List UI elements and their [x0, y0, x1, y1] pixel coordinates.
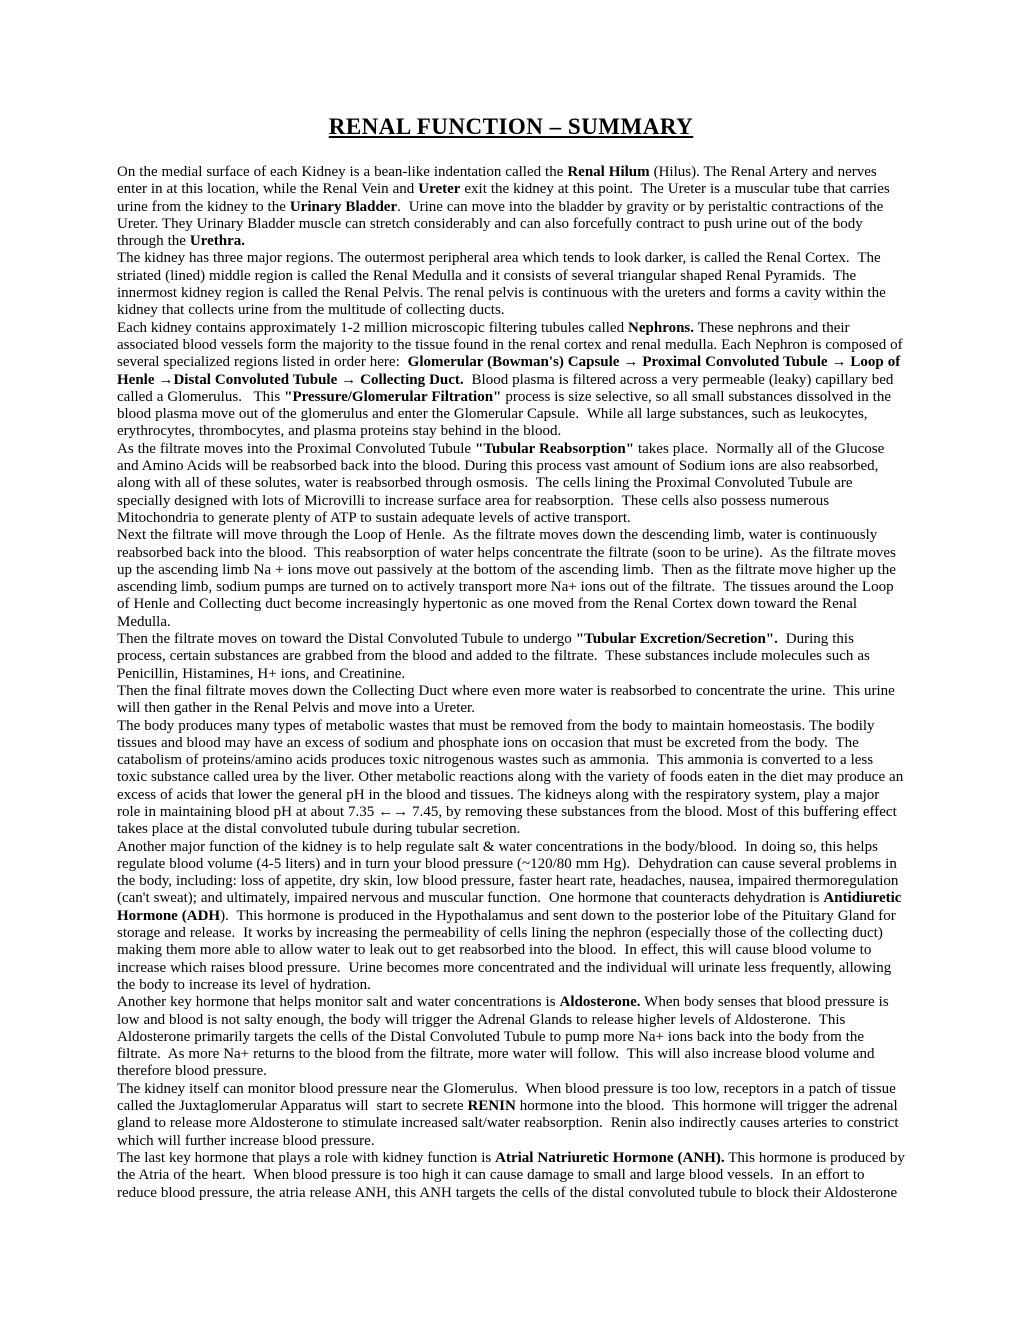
- bold-text-run: RENIN: [467, 1098, 515, 1114]
- text-run: Then the filtrate moves on toward the Di…: [117, 631, 576, 647]
- text-run: Another major function of the kidney is …: [117, 839, 902, 907]
- bold-text-run: Ureter: [418, 181, 460, 197]
- paragraph: Each kidney contains approximately 1-2 m…: [117, 320, 905, 441]
- text-run: Each kidney contains approximately 1-2 m…: [117, 320, 628, 336]
- page-title: RENAL FUNCTION – SUMMARY: [117, 114, 905, 140]
- text-run: ). This hormone is produced in the Hypot…: [117, 908, 900, 993]
- document-body: On the medial surface of each Kidney is …: [117, 164, 905, 1202]
- bold-text-run: Renal Hilum: [567, 164, 649, 180]
- bold-text-run: "Tubular Reabsorption": [475, 441, 634, 457]
- paragraph: Then the final filtrate moves down the C…: [117, 683, 905, 718]
- text-run: On the medial surface of each Kidney is …: [117, 164, 567, 180]
- bold-text-run: "Pressure/Glomerular Filtration": [284, 389, 501, 405]
- text-run: As the filtrate moves into the Proximal …: [117, 441, 475, 457]
- bold-text-run: "Tubular Excretion/Secretion".: [576, 631, 778, 647]
- paragraph: The last key hormone that plays a role w…: [117, 1150, 905, 1202]
- text-run: Another key hormone that helps monitor s…: [117, 994, 560, 1010]
- bold-text-run: Urethra.: [190, 233, 245, 249]
- paragraph: Next the filtrate will move through the …: [117, 527, 905, 631]
- bold-text-run: Aldosterone.: [560, 994, 641, 1010]
- paragraph: Then the filtrate moves on toward the Di…: [117, 631, 905, 683]
- document-page: RENAL FUNCTION – SUMMARY On the medial s…: [0, 0, 1020, 1320]
- bold-text-run: Atrial Natriuretic Hormone (ANH).: [495, 1150, 724, 1166]
- paragraph: The kidney itself can monitor blood pres…: [117, 1081, 905, 1150]
- paragraph: The body produces many types of metaboli…: [117, 718, 905, 839]
- bold-text-run: Urinary Bladder: [290, 199, 397, 215]
- paragraph: Another key hormone that helps monitor s…: [117, 994, 905, 1080]
- paragraph: As the filtrate moves into the Proximal …: [117, 441, 905, 527]
- paragraph: The kidney has three major regions. The …: [117, 250, 905, 319]
- text-run: The last key hormone that plays a role w…: [117, 1150, 495, 1166]
- paragraph: Another major function of the kidney is …: [117, 839, 905, 995]
- text-run: Next the filtrate will move through the …: [117, 527, 900, 629]
- text-run: Then the final filtrate moves down the C…: [117, 683, 899, 716]
- text-run: The kidney has three major regions. The …: [117, 250, 890, 318]
- bold-text-run: Nephrons.: [628, 320, 694, 336]
- text-run: The body produces many types of metaboli…: [117, 718, 907, 838]
- paragraph: On the medial surface of each Kidney is …: [117, 164, 905, 250]
